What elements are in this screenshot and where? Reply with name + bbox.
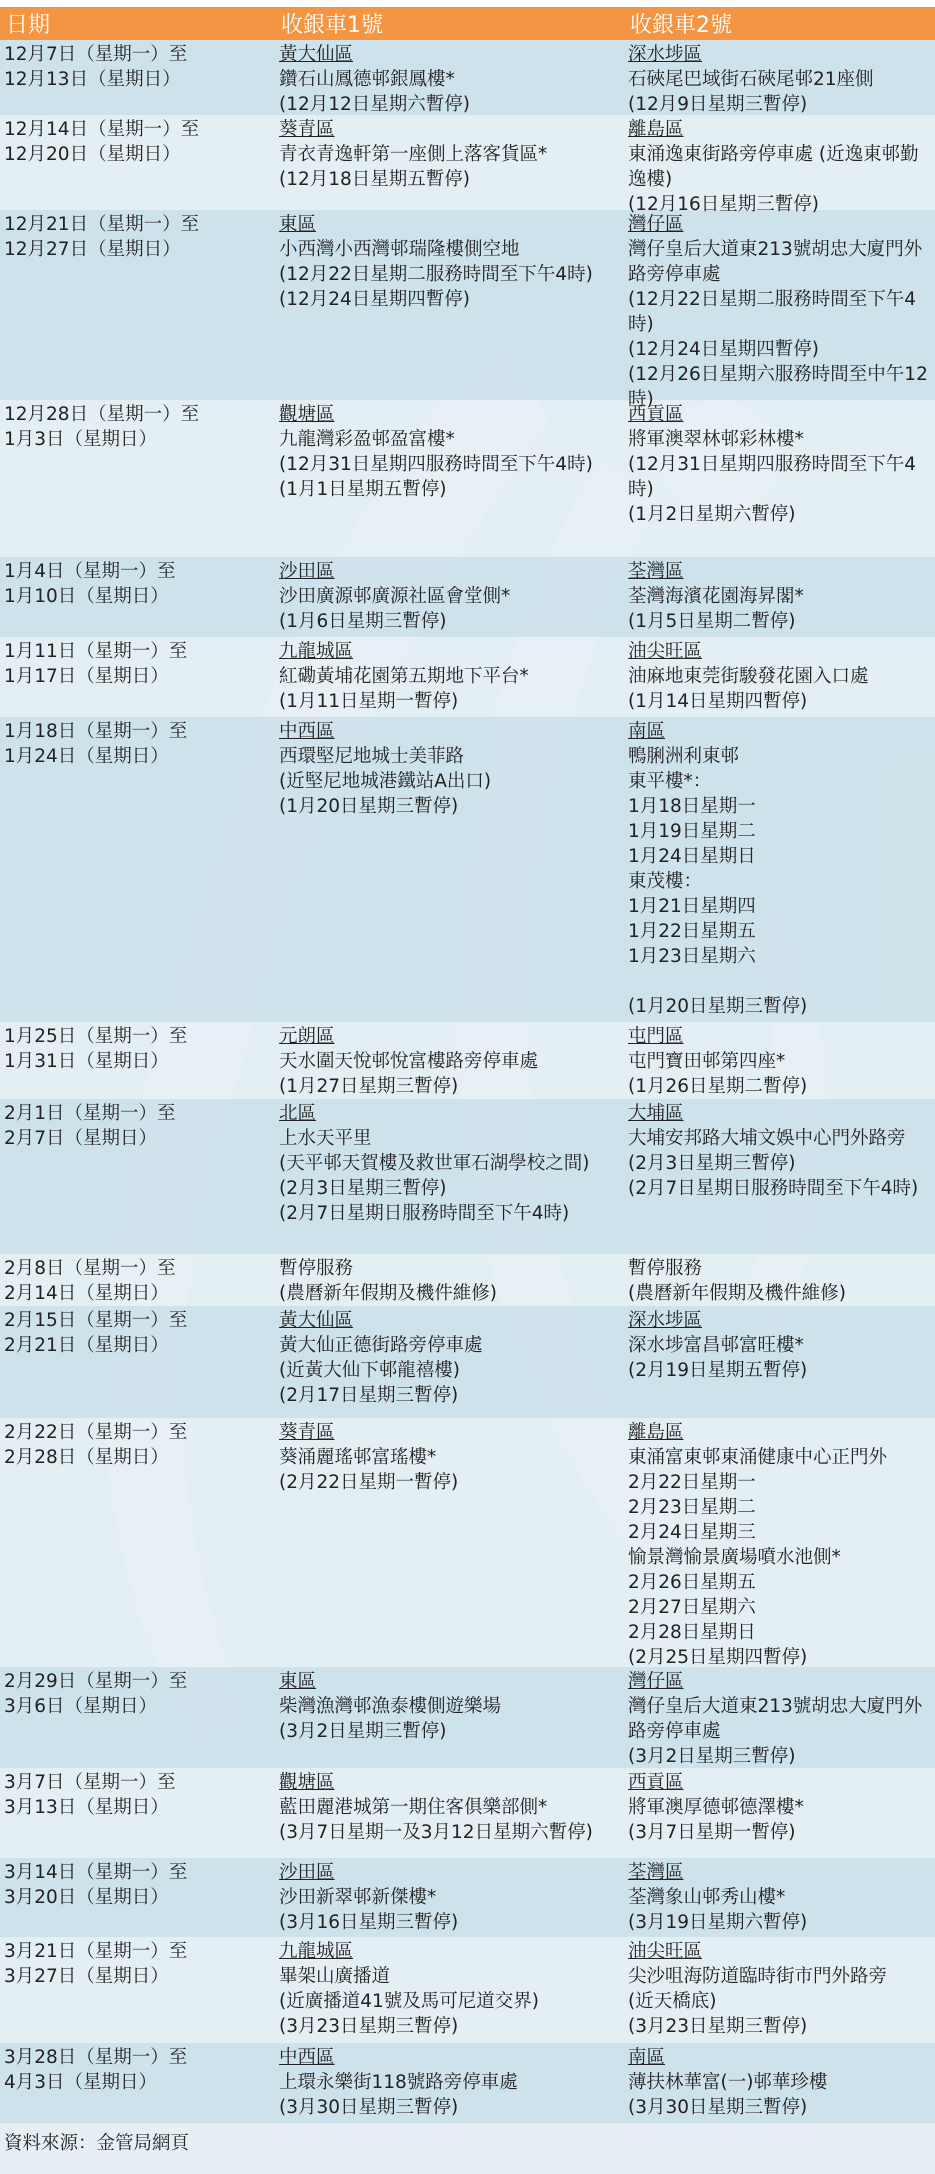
date-range-cell: 3月28日（星期一）至4月3日（星期日） [0, 2045, 275, 2095]
date-line: 1月24日（星期日） [4, 744, 275, 769]
location-detail-line: 1月18日星期一 [628, 794, 931, 819]
location-detail-line: (2月19日星期五暫停) [628, 1358, 931, 1383]
district-link[interactable]: 西貢區 [628, 1770, 931, 1795]
table-row: 1月4日（星期一）至1月10日（星期日）沙田區沙田廣源邨廣源社區會堂側*(1月6… [0, 557, 935, 637]
van2-location-cell: 深水埗區石硤尾巴域街石硤尾邨21座側(12月9日星期三暫停) [624, 42, 931, 117]
district-link[interactable]: 九龍城區 [279, 639, 624, 664]
van1-location-cell: 九龍城區畢架山廣播道(近廣播道41號及馬可尼道交界)(3月23日星期三暫停) [275, 1939, 624, 2039]
van1-location-cell: 觀塘區九龍灣彩盈邨盈富樓*(12月31日星期四服務時間至下午4時)(1月1日星期… [275, 402, 624, 502]
date-range-cell: 12月28日（星期一）至1月3日（星期日） [0, 402, 275, 452]
date-line: 3月20日（星期日） [4, 1885, 275, 1910]
location-detail-line: (1月6日星期三暫停) [279, 609, 624, 634]
location-detail-line: 沙田新翠邨新傑樓* [279, 1885, 624, 1910]
van1-location-cell: 沙田區沙田廣源邨廣源社區會堂側*(1月6日星期三暫停) [275, 559, 624, 634]
location-detail-line: (3月19日星期六暫停) [628, 1910, 931, 1935]
table-row: 2月1日（星期一）至2月7日（星期日）北區上水天平里(天平邨天賀樓及救世軍石湖學… [0, 1099, 935, 1254]
location-detail-line: (12月24日星期四暫停) [628, 337, 931, 362]
location-detail-line: (12月22日星期二服務時間至下午4時) [628, 287, 931, 337]
district-link[interactable]: 離島區 [628, 117, 931, 142]
district-link[interactable]: 荃灣區 [628, 1860, 931, 1885]
table-row: 2月22日（星期一）至2月28日（星期日）葵青區葵涌麗瑤邨富瑤樓*(2月22日星… [0, 1418, 935, 1667]
van1-location-cell: 葵青區葵涌麗瑤邨富瑤樓*(2月22日星期一暫停) [275, 1420, 624, 1495]
location-detail-line: (2月3日星期三暫停) [279, 1176, 624, 1201]
van2-location-cell: 灣仔區灣仔皇后大道東213號胡忠大廈門外路旁停車處(12月22日星期二服務時間至… [624, 212, 931, 412]
location-detail-line: (2月22日星期一暫停) [279, 1470, 624, 1495]
location-detail-line: 東茂樓： [628, 869, 931, 894]
location-detail-line: 2月22日星期一 [628, 1470, 931, 1495]
date-range-cell: 1月18日（星期一）至1月24日（星期日） [0, 719, 275, 769]
van2-location-cell: 深水埗區深水埗富昌邨富旺樓*(2月19日星期五暫停) [624, 1308, 931, 1383]
location-detail-line: 鑽石山鳳德邨銀鳳樓* [279, 67, 624, 92]
location-detail-line: 小西灣小西灣邨瑞隆樓側空地 [279, 237, 624, 262]
location-detail-line: 1月19日星期二 [628, 819, 931, 844]
location-detail-line: (1月2日星期六暫停) [628, 502, 931, 527]
date-line: 2月29日（星期一）至 [4, 1669, 275, 1694]
district-link[interactable]: 葵青區 [279, 1420, 624, 1445]
location-detail-line: 黃大仙正德街路旁停車處 [279, 1333, 624, 1358]
district-link[interactable]: 油尖旺區 [628, 639, 931, 664]
date-line: 12月28日（星期一）至 [4, 402, 275, 427]
date-line: 3月14日（星期一）至 [4, 1860, 275, 1885]
location-detail-line: (12月18日星期五暫停) [279, 167, 624, 192]
van1-location-cell: 黃大仙區鑽石山鳳德邨銀鳳樓*(12月12日星期六暫停) [275, 42, 624, 117]
date-range-cell: 12月7日（星期一）至12月13日（星期日） [0, 42, 275, 92]
location-detail-line: 上水天平里 [279, 1126, 624, 1151]
location-detail-line: (12月22日星期二服務時間至下午4時) [279, 262, 624, 287]
location-detail-line: 沙田廣源邨廣源社區會堂側* [279, 584, 624, 609]
location-detail-line: 天水圍天悅邨悅富樓路旁停車處 [279, 1049, 624, 1074]
date-line: 2月1日（星期一）至 [4, 1101, 275, 1126]
district-link[interactable]: 屯門區 [628, 1024, 931, 1049]
location-detail-line: (2月17日星期三暫停) [279, 1383, 624, 1408]
table-row: 1月11日（星期一）至1月17日（星期日）九龍城區紅磡黃埔花園第五期地下平台*(… [0, 637, 935, 717]
district-link[interactable]: 西貢區 [628, 402, 931, 427]
district-link[interactable]: 東區 [279, 212, 624, 237]
location-detail-line: 石硤尾巴域街石硤尾邨21座側 [628, 67, 931, 92]
date-range-cell: 1月25日（星期一）至1月31日（星期日） [0, 1024, 275, 1074]
location-detail-line: (3月7日星期一及3月12日星期六暫停) [279, 1820, 624, 1845]
district-link[interactable]: 南區 [628, 2045, 931, 2070]
van2-location-cell: 油尖旺區尖沙咀海防道臨時街市門外路旁(近天橋底)(3月23日星期三暫停) [624, 1939, 931, 2039]
district-link[interactable]: 灣仔區 [628, 212, 931, 237]
van1-location-cell: 中西區西環堅尼地城士美菲路(近堅尼地城港鐵站A出口)(1月20日星期三暫停) [275, 719, 624, 819]
date-line: 1月4日（星期一）至 [4, 559, 275, 584]
district-link[interactable]: 元朗區 [279, 1024, 624, 1049]
district-link[interactable]: 觀塘區 [279, 402, 624, 427]
table-row: 12月7日（星期一）至12月13日（星期日）黃大仙區鑽石山鳳德邨銀鳳樓*(12月… [0, 40, 935, 115]
date-line: 3月27日（星期日） [4, 1964, 275, 1989]
location-detail-line: 畢架山廣播道 [279, 1964, 624, 1989]
district-link[interactable]: 灣仔區 [628, 1669, 931, 1694]
date-line: 4月3日（星期日） [4, 2070, 275, 2095]
date-line: 12月20日（星期日） [4, 142, 275, 167]
date-line: 2月7日（星期日） [4, 1126, 275, 1151]
location-detail-line: 油麻地東莞街駿發花園入口處 [628, 664, 931, 689]
location-detail-line: 2月23日星期二 [628, 1495, 931, 1520]
district-link[interactable]: 沙田區 [279, 1860, 624, 1885]
date-line: 3月13日（星期日） [4, 1795, 275, 1820]
date-line: 1月31日（星期日） [4, 1049, 275, 1074]
location-detail-line: (1月20日星期三暫停) [628, 994, 931, 1019]
location-detail-line: (3月2日星期三暫停) [279, 1719, 624, 1744]
district-link[interactable]: 荃灣區 [628, 559, 931, 584]
date-line: 3月28日（星期一）至 [4, 2045, 275, 2070]
district-link[interactable]: 東區 [279, 1669, 624, 1694]
location-detail-line: 荃灣象山邨秀山樓* [628, 1885, 931, 1910]
date-line: 2月28日（星期日） [4, 1445, 275, 1470]
van2-location-cell: 南區鴨脷洲利東邨東平樓*：1月18日星期一1月19日星期二1月24日星期日東茂樓… [624, 719, 931, 1019]
date-line: 1月18日（星期一）至 [4, 719, 275, 744]
date-line: 1月3日（星期日） [4, 427, 275, 452]
location-detail-line: 柴灣漁灣邨漁泰樓側遊樂場 [279, 1694, 624, 1719]
van1-location-cell: 東區小西灣小西灣邨瑞隆樓側空地(12月22日星期二服務時間至下午4時)(12月2… [275, 212, 624, 312]
location-detail-line: (1月1日星期五暫停) [279, 477, 624, 502]
date-line: 1月11日（星期一）至 [4, 639, 275, 664]
van2-location-cell: 屯門區屯門寶田邨第四座*(1月26日星期二暫停) [624, 1024, 931, 1099]
location-detail-line: 暫停服務 [279, 1256, 624, 1281]
location-detail-line: 1月21日星期四 [628, 894, 931, 919]
van2-location-cell: 離島區東涌逸東街路旁停車處 (近逸東邨勤逸樓)(12月16日星期三暫停) [624, 117, 931, 217]
district-link[interactable]: 大埔區 [628, 1101, 931, 1126]
location-detail-line: 荃灣海濱花園海昇閣* [628, 584, 931, 609]
top-margin [0, 0, 935, 7]
table-row: 3月21日（星期一）至3月27日（星期日）九龍城區畢架山廣播道(近廣播道41號及… [0, 1937, 935, 2043]
location-detail-line: 西環堅尼地城士美菲路 [279, 744, 624, 769]
location-detail-line: (農曆新年假期及機件維修) [279, 1281, 624, 1306]
location-detail-line: 將軍澳厚德邨德澤樓* [628, 1795, 931, 1820]
location-detail-line: 紅磡黃埔花園第五期地下平台* [279, 664, 624, 689]
header-date: 日期 [0, 8, 275, 39]
van2-location-cell: 南區薄扶林華富(一)邨華珍樓(3月30日星期三暫停) [624, 2045, 931, 2120]
location-detail-line: (1月11日星期一暫停) [279, 689, 624, 714]
van1-location-cell: 元朗區天水圍天悅邨悅富樓路旁停車處(1月27日星期三暫停) [275, 1024, 624, 1099]
location-detail-line: 深水埗富昌邨富旺樓* [628, 1333, 931, 1358]
district-link[interactable]: 油尖旺區 [628, 1939, 931, 1964]
source-note: 資料來源：金管局網頁 [0, 2123, 935, 2164]
location-detail-line: (2月7日星期日服務時間至下午4時) [279, 1201, 624, 1226]
van1-location-cell: 東區柴灣漁灣邨漁泰樓側遊樂場(3月2日星期三暫停) [275, 1669, 624, 1744]
van2-location-cell: 灣仔區灣仔皇后大道東213號胡忠大廈門外路旁停車處(3月2日星期三暫停) [624, 1669, 931, 1769]
date-line: 3月21日（星期一）至 [4, 1939, 275, 1964]
date-range-cell: 1月4日（星期一）至1月10日（星期日） [0, 559, 275, 609]
location-detail-line: (3月30日星期三暫停) [279, 2095, 624, 2120]
location-detail-line [628, 969, 931, 994]
location-detail-line: (3月30日星期三暫停) [628, 2095, 931, 2120]
location-detail-line: 葵涌麗瑤邨富瑤樓* [279, 1445, 624, 1470]
date-range-cell: 3月21日（星期一）至3月27日（星期日） [0, 1939, 275, 1989]
van1-location-cell: 暫停服務(農曆新年假期及機件維修) [275, 1256, 624, 1306]
date-line: 3月7日（星期一）至 [4, 1770, 275, 1795]
table-row: 2月15日（星期一）至2月21日（星期日）黃大仙區黃大仙正德街路旁停車處(近黃大… [0, 1306, 935, 1418]
table-row: 3月28日（星期一）至4月3日（星期日）中西區上環永樂街118號路旁停車處(3月… [0, 2043, 935, 2123]
van1-location-cell: 黃大仙區黃大仙正德街路旁停車處(近黃大仙下邨龍禧樓)(2月17日星期三暫停) [275, 1308, 624, 1408]
van2-location-cell: 荃灣區荃灣象山邨秀山樓*(3月19日星期六暫停) [624, 1860, 931, 1935]
location-detail-line: 尖沙咀海防道臨時街市門外路旁 [628, 1964, 931, 1989]
date-range-cell: 1月11日（星期一）至1月17日（星期日） [0, 639, 275, 689]
location-detail-line: 薄扶林華富(一)邨華珍樓 [628, 2070, 931, 2095]
location-detail-line: (3月23日星期三暫停) [279, 2014, 624, 2039]
van1-location-cell: 觀塘區藍田麗港城第一期住客俱樂部側*(3月7日星期一及3月12日星期六暫停) [275, 1770, 624, 1845]
location-detail-line: (12月12日星期六暫停) [279, 92, 624, 117]
date-line: 3月6日（星期日） [4, 1694, 275, 1719]
schedule-table-body: 12月7日（星期一）至12月13日（星期日）黃大仙區鑽石山鳳德邨銀鳳樓*(12月… [0, 40, 935, 2123]
date-line: 1月17日（星期日） [4, 664, 275, 689]
van1-location-cell: 九龍城區紅磡黃埔花園第五期地下平台*(1月11日星期一暫停) [275, 639, 624, 714]
location-detail-line: (3月16日星期三暫停) [279, 1910, 624, 1935]
location-detail-line: 1月24日星期日 [628, 844, 931, 869]
table-row: 1月25日（星期一）至1月31日（星期日）元朗區天水圍天悅邨悅富樓路旁停車處(1… [0, 1022, 935, 1099]
location-detail-line: (天平邨天賀樓及救世軍石湖學校之間) [279, 1151, 624, 1176]
van1-location-cell: 葵青區青衣青逸軒第一座側上落客貨區*(12月18日星期五暫停) [275, 117, 624, 192]
location-detail-line: (12月9日星期三暫停) [628, 92, 931, 117]
location-detail-line: 2月28日星期日 [628, 1620, 931, 1645]
table-header: 日期 收銀車1號 收銀車2號 [0, 7, 935, 40]
van2-location-cell: 大埔區大埔安邦路大埔文娛中心門外路旁(2月3日星期三暫停)(2月7日星期日服務時… [624, 1101, 931, 1201]
date-line: 12月14日（星期一）至 [4, 117, 275, 142]
location-detail-line: 東涌富東邨東涌健康中心正門外 [628, 1445, 931, 1470]
location-detail-line: 灣仔皇后大道東213號胡忠大廈門外路旁停車處 [628, 237, 931, 287]
table-row: 12月28日（星期一）至1月3日（星期日）觀塘區九龍灣彩盈邨盈富樓*(12月31… [0, 400, 935, 557]
location-detail-line: (2月3日星期三暫停) [628, 1151, 931, 1176]
date-range-cell: 2月1日（星期一）至2月7日（星期日） [0, 1101, 275, 1151]
location-detail-line: (12月24日星期四暫停) [279, 287, 624, 312]
district-link[interactable]: 黃大仙區 [279, 1308, 624, 1333]
table-row: 1月18日（星期一）至1月24日（星期日）中西區西環堅尼地城士美菲路(近堅尼地城… [0, 717, 935, 1022]
date-range-cell: 3月7日（星期一）至3月13日（星期日） [0, 1770, 275, 1820]
district-link[interactable]: 中西區 [279, 719, 624, 744]
location-detail-line: 藍田麗港城第一期住客俱樂部側* [279, 1795, 624, 1820]
location-detail-line: (2月7日星期日服務時間至下午4時) [628, 1176, 931, 1201]
location-detail-line: (12月31日星期四服務時間至下午4時) [279, 452, 624, 477]
district-link[interactable]: 葵青區 [279, 117, 624, 142]
location-detail-line: 2月27日星期六 [628, 1595, 931, 1620]
location-detail-line: (農曆新年假期及機件維修) [628, 1281, 931, 1306]
district-link[interactable]: 沙田區 [279, 559, 624, 584]
location-detail-line: 1月23日星期六 [628, 944, 931, 969]
district-link[interactable]: 離島區 [628, 1420, 931, 1445]
location-detail-line: 屯門寶田邨第四座* [628, 1049, 931, 1074]
location-detail-line: 暫停服務 [628, 1256, 931, 1281]
location-detail-line: (3月7日星期一暫停) [628, 1820, 931, 1845]
location-detail-line: 上環永樂街118號路旁停車處 [279, 2070, 624, 2095]
district-link[interactable]: 觀塘區 [279, 1770, 624, 1795]
location-detail-line: 東平樓*： [628, 769, 931, 794]
van2-location-cell: 荃灣區荃灣海濱花園海昇閣*(1月5日星期二暫停) [624, 559, 931, 634]
table-row: 3月14日（星期一）至3月20日（星期日）沙田區沙田新翠邨新傑樓*(3月16日星… [0, 1858, 935, 1937]
location-detail-line: (3月2日星期三暫停) [628, 1744, 931, 1769]
date-range-cell: 2月8日（星期一）至2月14日（星期日） [0, 1256, 275, 1306]
van2-location-cell: 西貢區將軍澳厚德邨德澤樓*(3月7日星期一暫停) [624, 1770, 931, 1845]
date-range-cell: 2月15日（星期一）至2月21日（星期日） [0, 1308, 275, 1358]
date-line: 12月13日（星期日） [4, 67, 275, 92]
date-line: 2月21日（星期日） [4, 1333, 275, 1358]
location-detail-line: 1月22日星期五 [628, 919, 931, 944]
date-line: 12月21日（星期一）至 [4, 212, 275, 237]
date-line: 1月25日（星期一）至 [4, 1024, 275, 1049]
location-detail-line: (1月14日星期四暫停) [628, 689, 931, 714]
table-row: 12月21日（星期一）至12月27日（星期日）東區小西灣小西灣邨瑞隆樓側空地(1… [0, 210, 935, 400]
location-detail-line: (近廣播道41號及馬可尼道交界) [279, 1989, 624, 2014]
schedule-sheet: 日期 收銀車1號 收銀車2號 12月7日（星期一）至12月13日（星期日）黃大仙… [0, 0, 935, 2164]
location-detail-line: (近黃大仙下邨龍禧樓) [279, 1358, 624, 1383]
table-row: 2月8日（星期一）至2月14日（星期日）暫停服務(農曆新年假期及機件維修)暫停服… [0, 1254, 935, 1306]
date-line: 2月15日（星期一）至 [4, 1308, 275, 1333]
van2-location-cell: 油尖旺區油麻地東莞街駿發花園入口處(1月14日星期四暫停) [624, 639, 931, 714]
district-link[interactable]: 北區 [279, 1101, 624, 1126]
header-van2: 收銀車2號 [624, 8, 931, 39]
location-detail-line: 愉景灣愉景廣場噴水池側* [628, 1545, 931, 1570]
location-detail-line: (2月25日星期四暫停) [628, 1645, 931, 1670]
district-link[interactable]: 南區 [628, 719, 931, 744]
district-link[interactable]: 黃大仙區 [279, 42, 624, 67]
location-detail-line: 東涌逸東街路旁停車處 (近逸東邨勤逸樓) [628, 142, 931, 192]
table-row: 12月14日（星期一）至12月20日（星期日）葵青區青衣青逸軒第一座側上落客貨區… [0, 115, 935, 210]
district-link[interactable]: 九龍城區 [279, 1939, 624, 1964]
table-row: 3月7日（星期一）至3月13日（星期日）觀塘區藍田麗港城第一期住客俱樂部側*(3… [0, 1768, 935, 1858]
van1-location-cell: 沙田區沙田新翠邨新傑樓*(3月16日星期三暫停) [275, 1860, 624, 1935]
district-link[interactable]: 深水埗區 [628, 42, 931, 67]
location-detail-line: 2月24日星期三 [628, 1520, 931, 1545]
date-range-cell: 12月14日（星期一）至12月20日（星期日） [0, 117, 275, 167]
location-detail-line: (1月5日星期二暫停) [628, 609, 931, 634]
location-detail-line: 青衣青逸軒第一座側上落客貨區* [279, 142, 624, 167]
table-row: 2月29日（星期一）至3月6日（星期日）東區柴灣漁灣邨漁泰樓側遊樂場(3月2日星… [0, 1667, 935, 1768]
van2-location-cell: 暫停服務(農曆新年假期及機件維修) [624, 1256, 931, 1306]
date-range-cell: 2月22日（星期一）至2月28日（星期日） [0, 1420, 275, 1470]
location-detail-line: 大埔安邦路大埔文娛中心門外路旁 [628, 1126, 931, 1151]
date-line: 2月8日（星期一）至 [4, 1256, 275, 1281]
location-detail-line: 鴨脷洲利東邨 [628, 744, 931, 769]
location-detail-line: 九龍灣彩盈邨盈富樓* [279, 427, 624, 452]
location-detail-line: (1月27日星期三暫停) [279, 1074, 624, 1099]
date-range-cell: 12月21日（星期一）至12月27日（星期日） [0, 212, 275, 262]
van1-location-cell: 北區上水天平里(天平邨天賀樓及救世軍石湖學校之間)(2月3日星期三暫停)(2月7… [275, 1101, 624, 1226]
date-line: 2月14日（星期日） [4, 1281, 275, 1306]
district-link[interactable]: 中西區 [279, 2045, 624, 2070]
district-link[interactable]: 深水埗區 [628, 1308, 931, 1333]
header-van1: 收銀車1號 [275, 8, 624, 39]
van1-location-cell: 中西區上環永樂街118號路旁停車處(3月30日星期三暫停) [275, 2045, 624, 2120]
location-detail-line: 2月26日星期五 [628, 1570, 931, 1595]
location-detail-line: (3月23日星期三暫停) [628, 2014, 931, 2039]
location-detail-line: (近天橋底) [628, 1989, 931, 2014]
date-line: 2月22日（星期一）至 [4, 1420, 275, 1445]
date-line: 1月10日（星期日） [4, 584, 275, 609]
date-line: 12月7日（星期一）至 [4, 42, 275, 67]
date-range-cell: 3月14日（星期一）至3月20日（星期日） [0, 1860, 275, 1910]
van2-location-cell: 離島區東涌富東邨東涌健康中心正門外2月22日星期一2月23日星期二2月24日星期… [624, 1420, 931, 1670]
location-detail-line: 灣仔皇后大道東213號胡忠大廈門外路旁停車處 [628, 1694, 931, 1744]
van2-location-cell: 西貢區將軍澳翠林邨彩林樓*(12月31日星期四服務時間至下午4時)(1月2日星期… [624, 402, 931, 527]
location-detail-line: (近堅尼地城港鐵站A出口) [279, 769, 624, 794]
date-range-cell: 2月29日（星期一）至3月6日（星期日） [0, 1669, 275, 1719]
location-detail-line: (1月26日星期二暫停) [628, 1074, 931, 1099]
location-detail-line: (12月31日星期四服務時間至下午4時) [628, 452, 931, 502]
location-detail-line: (1月20日星期三暫停) [279, 794, 624, 819]
date-line: 12月27日（星期日） [4, 237, 275, 262]
location-detail-line: 將軍澳翠林邨彩林樓* [628, 427, 931, 452]
